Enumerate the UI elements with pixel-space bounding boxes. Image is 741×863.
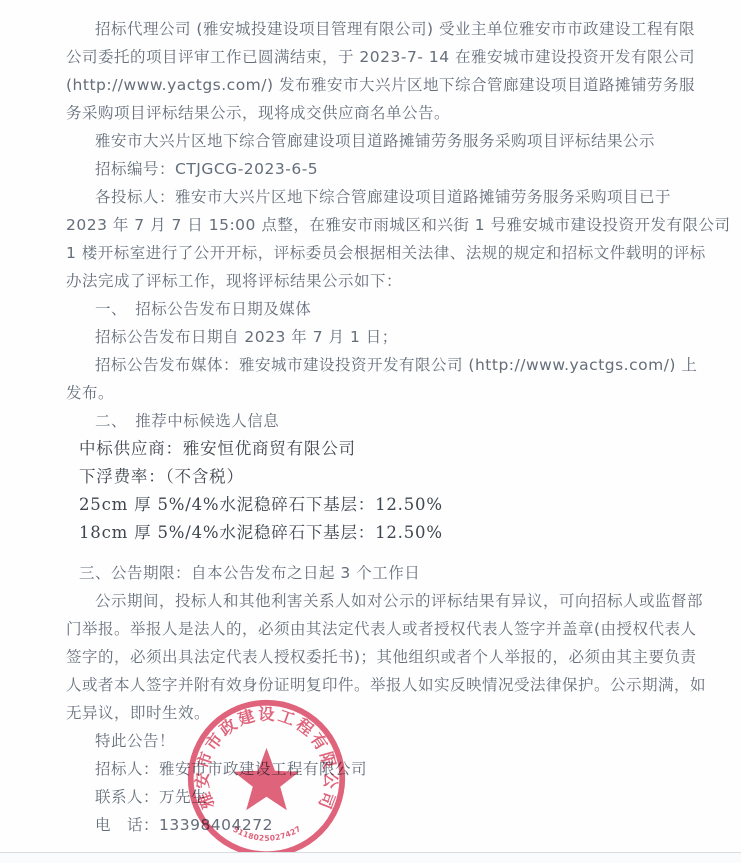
- doc-line: 2023 年 7 月 7 日 15:00 点整，在雅安市雨城区和兴街 1 号雅安…: [66, 211, 684, 239]
- doc-line: 办法完成了评标工作，现将评标结果公示如下：: [66, 267, 684, 295]
- doc-line: 公司委托的项目评审工作已圆满结束，于 2023-7- 14 在雅安城市建设投资开…: [66, 43, 684, 71]
- announcement-document: 招标代理公司 (雅安城投建设项目管理有限公司) 受业主单位雅安市市政建设工程有限…: [66, 15, 684, 839]
- doc-line: 招标公告发布媒体：雅安城市建设投资开发有限公司 (http://www.yact…: [66, 351, 684, 379]
- doc-line-discount-rate: 下浮费率：（不含税）: [66, 463, 684, 491]
- doc-line: 公示期间，投标人和其他利害关系人如对公示的评标结果有异议，可向招标人或监督部: [66, 587, 684, 615]
- doc-line-closing: 特此公告！: [66, 727, 684, 755]
- doc-line: 签字的，必须出具法定代表人授权委托书)；其他组织或者个人举报的，必须由其主要负责: [66, 643, 684, 671]
- doc-line: 务采购项目评标结果公示，现将成交供应商名单公告。: [66, 99, 684, 127]
- doc-line-section-2: 二、 推荐中标候选人信息: [66, 407, 684, 435]
- scan-background-strip: [0, 853, 741, 863]
- doc-line-rate-item: 25cm 厚 5%/4%水泥稳碎石下基层：12.50%: [66, 491, 684, 519]
- doc-line-title: 雅安市大兴片区地下综合管廊建设项目道路摊铺劳务服务采购项目评标结果公示: [66, 127, 684, 155]
- doc-line: (http://www.yactgs.com/) 发布雅安市大兴片区地下综合管廊…: [66, 71, 684, 99]
- doc-line-winning-supplier: 中标供应商：雅安恒优商贸有限公司: [66, 435, 684, 463]
- doc-line-section-3: 三、公告期限：自本公告发布之日起 3 个工作日: [66, 559, 684, 587]
- doc-line: 招标代理公司 (雅安城投建设项目管理有限公司) 受业主单位雅安市市政建设工程有限: [66, 15, 684, 43]
- doc-line-contact: 联系人：万先生: [66, 783, 684, 811]
- doc-line: 门举报。举报人是法人的，必须由其法定代表人或者授权代表人签字并盖章(由授权代表人: [66, 615, 684, 643]
- doc-line: 无异议，即时生效。: [66, 699, 684, 727]
- doc-line-phone: 电 话：13398404272: [66, 811, 684, 839]
- doc-line: 招标公告发布日期自 2023 年 7 月 1 日；: [66, 323, 684, 351]
- doc-line-tenderer: 招标人：雅安市市政建设工程有限公司: [66, 755, 684, 783]
- doc-line: 人或者本人签字并附有效身份证明复印件。举报人如实反映情况受法律保护。公示期满，如: [66, 671, 684, 699]
- doc-line: 1 楼开标室进行了公开开标，评标委员会根据相关法律、法规的规定和招标文件载明的评…: [66, 239, 684, 267]
- doc-line-section-1: 一、 招标公告发布日期及媒体: [66, 295, 684, 323]
- doc-line-rate-item: 18cm 厚 5%/4%水泥稳碎石下基层：12.50%: [66, 519, 684, 547]
- doc-line: 发布。: [66, 379, 684, 407]
- doc-line: 各投标人：雅安市大兴片区地下综合管廊建设项目道路摊铺劳务服务采购项目已于: [66, 183, 684, 211]
- doc-line-bid-number: 招标编号：CTJGCG-2023-6-5: [66, 155, 684, 183]
